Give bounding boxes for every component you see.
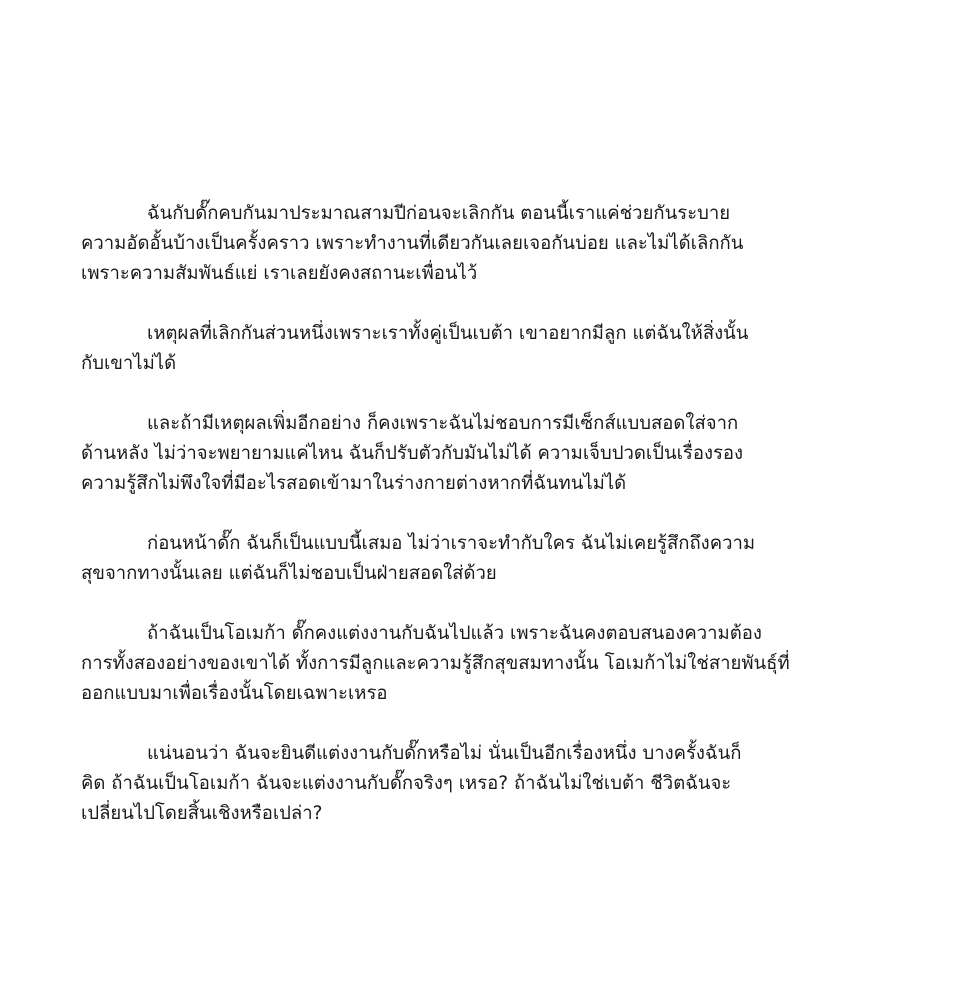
document-body: ฉันกับดั๊กคบกันมาประมาณสามปีก่อนจะเลิกกั… [81,199,881,859]
text-line: ความรู้สึกไม่พึงใจที่มีอะไรสอดเข้ามาในร่… [81,469,881,499]
text-line: การทั้งสองอย่างของเขาได้ ทั้งการมีลูกและ… [81,649,881,679]
paragraph-5: ถ้าฉันเป็นโอเมก้า ดั๊กคงแต่งงานกับฉันไปแ… [81,619,881,709]
paragraph-3: และถ้ามีเหตุผลเพิ่มอีกอย่าง ก็คงเพราะฉัน… [81,409,881,499]
paragraph-1: ฉันกับดั๊กคบกันมาประมาณสามปีก่อนจะเลิกกั… [81,199,881,289]
text-line: คิด ถ้าฉันเป็นโอเมก้า ฉันจะแต่งงานกับดั๊… [81,769,881,799]
text-line: สุขจากทางนั้นเลย แต่ฉันก็ไม่ชอบเป็นฝ่ายส… [81,559,881,589]
text-line: ฉันกับดั๊กคบกันมาประมาณสามปีก่อนจะเลิกกั… [81,199,881,229]
text-line: ความอัดอั้นบ้างเป็นครั้งคราว เพราะทำงานท… [81,229,881,259]
paragraph-6: แน่นอนว่า ฉันจะยินดีแต่งงานกับดั๊กหรือไม… [81,739,881,829]
text-line: ก่อนหน้าดั๊ก ฉันก็เป็นแบบนี้เสมอ ไม่ว่าเ… [81,529,881,559]
text-line: ด้านหลัง ไม่ว่าจะพยายามแค่ไหน ฉันก็ปรับต… [81,439,881,469]
text-line: เพราะความสัมพันธ์แย่ เราเลยยังคงสถานะเพื… [81,259,881,289]
text-line: กับเขาไม่ได้ [81,349,881,379]
paragraph-2: เหตุผลที่เลิกกันส่วนหนึ่งเพราะเราทั้งคู่… [81,319,881,379]
text-line: ออกแบบมาเพื่อเรื่องนั้นโดยเฉพาะเหรอ [81,679,881,709]
paragraph-4: ก่อนหน้าดั๊ก ฉันก็เป็นแบบนี้เสมอ ไม่ว่าเ… [81,529,881,589]
text-line: เปลี่ยนไปโดยสิ้นเชิงหรือเปล่า? [81,799,881,829]
text-line: และถ้ามีเหตุผลเพิ่มอีกอย่าง ก็คงเพราะฉัน… [81,409,881,439]
text-line: เหตุผลที่เลิกกันส่วนหนึ่งเพราะเราทั้งคู่… [81,319,881,349]
text-line: แน่นอนว่า ฉันจะยินดีแต่งงานกับดั๊กหรือไม… [81,739,881,769]
text-line: ถ้าฉันเป็นโอเมก้า ดั๊กคงแต่งงานกับฉันไปแ… [81,619,881,649]
